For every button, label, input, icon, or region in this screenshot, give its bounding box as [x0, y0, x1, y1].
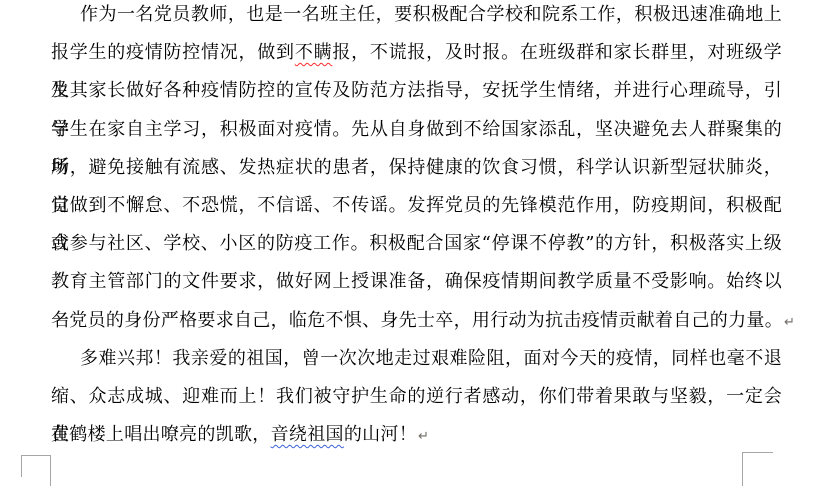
word-page: 作为一名党员教师，也是一名班主任，要积极配合学校和院系工作，积极迅速准确地上报学…	[0, 0, 832, 495]
text-line[interactable]: 名党员的身份严格要求自己，临危不惧、身先士卒，用行动为抗击疫情贡献着自己的力量。…	[51, 302, 782, 340]
text-line[interactable]: 觉做到不懈怠、不恐慌，不信谣、不传谣。发挥党员的先锋模范作用，防疫期间，积极配合	[51, 187, 782, 225]
spell-error-underline: 不瞒	[295, 42, 333, 63]
paragraph: 多难兴邦！我亲爱的祖国，曾一次次地走过艰难险阻，面对今天的疫情，同样也毫不退缩、…	[51, 340, 782, 455]
paragraph-mark-icon: ↵	[417, 429, 429, 444]
text-line[interactable]: 报学生的疫情防控情况，做到不瞒报，不谎报，及时报。在班级群和家长群里，对班级学生	[51, 34, 782, 72]
grammar-error-underline: 音绕祖国	[271, 424, 344, 445]
text-line[interactable]: 或参与社区、学校、小区的防疫工作。积极配合国家“停课不停教”的方针，积极落实上级	[51, 225, 782, 263]
text-boundary-mark-bottom-right-horizontal	[742, 452, 773, 453]
text-line[interactable]: 多难兴邦！我亲爱的祖国，曾一次次地走过艰难险阻，面对今天的疫情，同样也毫不退	[51, 340, 782, 378]
text-run: 多难兴邦！我亲爱的祖国，曾一次次地走过艰难险阻，面对今天的疫情，同样也毫不退	[80, 348, 782, 369]
text-run: 或参与社区、学校、小区的防疫工作。积极配合国家“停课不停教”的方针，积极落实上级	[51, 233, 782, 254]
text-run: 报学生的疫情防控情况，做到	[51, 42, 295, 63]
text-run: 作为一名党员教师，也是一名班主任，要积极配合学校和院系工作，积极迅速准确地上	[80, 4, 782, 25]
text-line[interactable]: 及其家长做好各种疫情防控的宣传及防范方法指导，安抚学生情绪，并进行心理疏导，引导	[51, 72, 782, 110]
text-line[interactable]: 黄鹤楼上唱出嘹亮的凯歌，音绕祖国的山河！↵	[51, 416, 782, 454]
text-line[interactable]: 作为一名党员教师，也是一名班主任，要积极配合学校和院系工作，积极迅速准确地上	[51, 0, 782, 34]
text-boundary-mark-bottom-left-vertical-inner	[50, 455, 51, 486]
text-boundary-mark-bottom-left-vertical-outer	[21, 455, 22, 477]
paragraph: 作为一名党员教师，也是一名班主任，要积极配合学校和院系工作，积极迅速准确地上报学…	[51, 0, 782, 340]
document-text[interactable]: 作为一名党员教师，也是一名班主任，要积极配合学校和院系工作，积极迅速准确地上报学…	[51, 0, 782, 454]
text-line[interactable]: 所，避免接触有流感、发热症状的患者，保持健康的饮食习惯，科学认识新型冠状肺炎，自	[51, 149, 782, 187]
text-line[interactable]: 教育主管部门的文件要求，做好网上授课准备，确保疫情期间教学质量不受影响。始终以一	[51, 263, 782, 301]
text-run: 黄鹤楼上唱出嘹亮的凯歌，	[51, 424, 271, 445]
text-boundary-mark-bottom-left-horizontal	[21, 455, 51, 456]
text-run: 的山河！	[344, 424, 417, 445]
text-line[interactable]: 学生在家自主学习，积极面对疫情。先从自身做到不给国家添乱，坚决避免去人群聚集的场	[51, 111, 782, 149]
paragraph-mark-icon: ↵	[783, 315, 795, 330]
text-line[interactable]: 缩、众志成城、迎难而上！我们被守护生命的逆行者感动，你们带着果敢与坚毅，一定会在	[51, 378, 782, 416]
text-boundary-mark-bottom-right-vertical	[742, 452, 743, 486]
text-run: 名党员的身份严格要求自己，临危不惧、身先士卒，用行动为抗击疫情贡献着自己的力量。	[51, 310, 783, 331]
